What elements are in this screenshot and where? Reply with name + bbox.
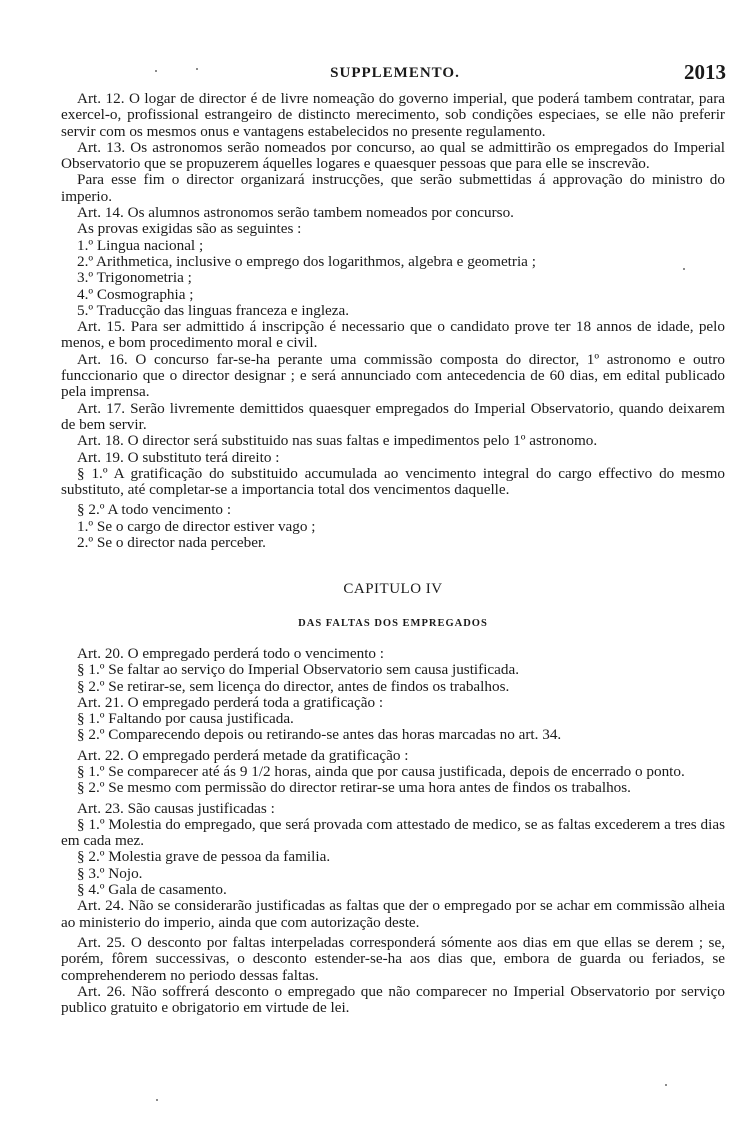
exam-item: 4.º Cosmographia ; [61, 287, 725, 303]
print-speck [156, 1099, 158, 1101]
running-title: SUPPLEMENTO. [62, 65, 728, 82]
page-number: 2013 [684, 60, 726, 85]
article-13-paragraph: Para esse fim o director organizará inst… [61, 172, 725, 205]
article-21: Art. 21. O empregado perderá toda a grat… [61, 695, 725, 711]
body-text: Art. 12. O logar de director é de livre … [61, 91, 725, 1016]
condition-item: 2.º Se o director nada perceber. [61, 535, 725, 551]
article-19: Art. 19. O substituto terá direito : [61, 450, 725, 466]
article-22-paragraph-1: § 1.º Se comparecer até ás 9 1/2 horas, … [61, 764, 725, 780]
article-18: Art. 18. O director será substituido nas… [61, 433, 725, 449]
article-26: Art. 26. Não soffrerá desconto o emprega… [61, 984, 725, 1017]
page-header: SUPPLEMENTO. 2013 [62, 63, 728, 85]
paragraph-item: § 3.º Nojo. [61, 866, 725, 882]
print-speck [665, 1084, 667, 1086]
article-25: Art. 25. O desconto por faltas interpela… [61, 935, 725, 984]
article-15: Art. 15. Para ser admittido á inscripção… [61, 319, 725, 352]
print-speck [196, 68, 198, 70]
article-13: Art. 13. Os astronomos serão nomeados po… [61, 140, 725, 173]
article-22: Art. 22. O empregado perderá metade da g… [61, 748, 725, 764]
article-14-intro: As provas exigidas são as seguintes : [61, 221, 725, 237]
article-14: Art. 14. Os alumnos astronomos serão tam… [61, 205, 725, 221]
exam-item: 5.º Traducção das linguas franceza e ing… [61, 303, 725, 319]
exam-item: 3.º Trigonometria ; [61, 270, 725, 286]
article-23-paragraph-1: § 1.º Molestia do empregado, que será pr… [61, 817, 725, 850]
document-page: SUPPLEMENTO. 2013 Art. 12. O logar de di… [0, 0, 736, 1148]
condition-item: 1.º Se o cargo de director estiver vago … [61, 519, 725, 535]
article-24: Art. 24. Não se considerarão justificada… [61, 898, 725, 931]
article-19-paragraph-2: § 2.º A todo vencimento : [61, 502, 725, 518]
paragraph-item: § 4.º Gala de casamento. [61, 882, 725, 898]
article-22-paragraph-2: § 2.º Se mesmo com permissão do director… [61, 780, 725, 796]
article-17: Art. 17. Serão livremente demittidos qua… [61, 401, 725, 434]
article-19-paragraph-1: § 1.º A gratificação do substituido accu… [61, 466, 725, 499]
article-23: Art. 23. São causas justificadas : [61, 801, 725, 817]
print-speck [683, 268, 685, 270]
paragraph-item: § 2.º Se retirar-se, sem licença do dire… [61, 679, 725, 695]
paragraph-item: § 1.º Se faltar ao serviço do Imperial O… [61, 662, 725, 678]
article-16: Art. 16. O concurso far-se-ha perante um… [61, 352, 725, 401]
exam-item: 1.º Lingua nacional ; [61, 238, 725, 254]
paragraph-item: § 2.º Molestia grave de pessoa da famili… [61, 849, 725, 865]
chapter-title: CAPITULO IV [61, 581, 725, 597]
print-speck [155, 70, 157, 72]
article-12: Art. 12. O logar de director é de livre … [61, 91, 725, 140]
article-20: Art. 20. O empregado perderá todo o venc… [61, 646, 725, 662]
paragraph-item: § 2.º Comparecendo depois ou retirando-s… [61, 727, 725, 743]
paragraph-item: § 1.º Faltando por causa justificada. [61, 711, 725, 727]
chapter-subtitle: DAS FALTAS DOS EMPREGADOS [61, 616, 725, 632]
exam-item: 2.º Arithmetica, inclusive o emprego dos… [61, 254, 725, 270]
